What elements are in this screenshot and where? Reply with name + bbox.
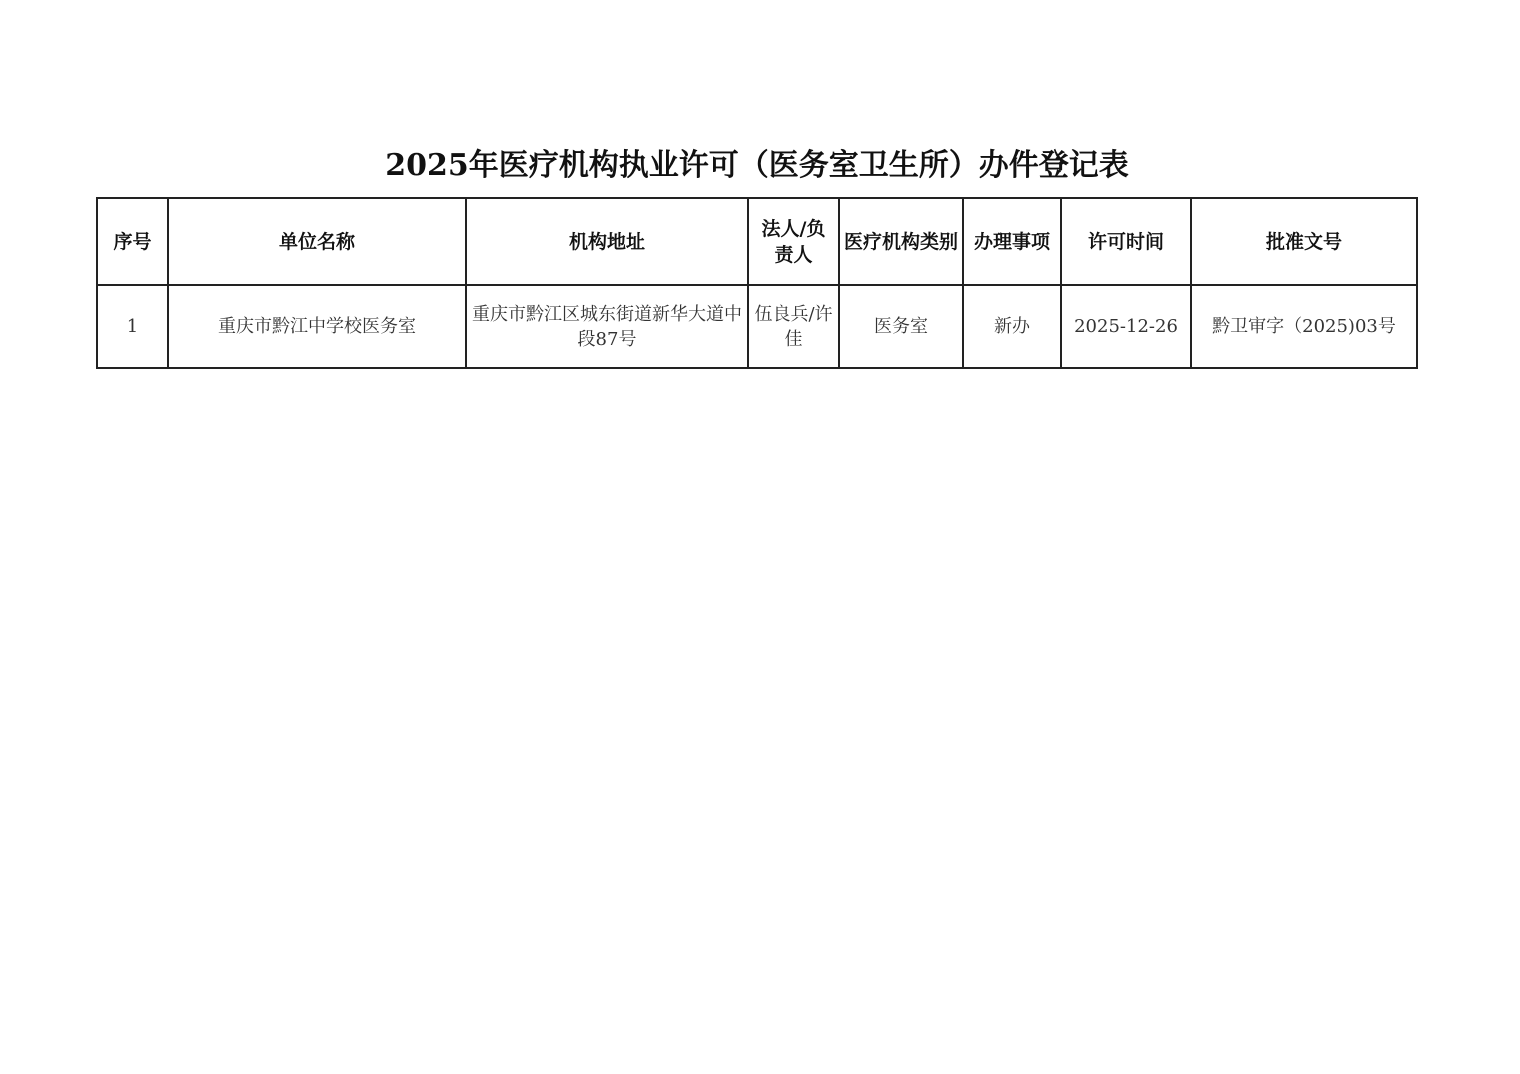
registration-table: 序号 单位名称 机构地址 法人/负责人 医疗机构类别 办理事项 许可时间 批准文… (96, 197, 1418, 369)
cell-legal-person: 伍良兵/许佳 (748, 285, 839, 368)
document-title: 2025年医疗机构执业许可（医务室卫生所）办件登记表 (0, 142, 1514, 190)
cell-institution-type: 医务室 (839, 285, 963, 368)
cell-license-date: 2025-12-26 (1061, 285, 1191, 368)
cell-institution-address: 重庆市黔江区城东街道新华大道中段87号 (466, 285, 748, 368)
header-institution-type: 医疗机构类别 (839, 198, 963, 285)
cell-unit-name: 重庆市黔江中学校医务室 (168, 285, 466, 368)
cell-serial-number: 1 (97, 285, 168, 368)
header-institution-address: 机构地址 (466, 198, 748, 285)
header-license-date: 许可时间 (1061, 198, 1191, 285)
table-row: 1 重庆市黔江中学校医务室 重庆市黔江区城东街道新华大道中段87号 伍良兵/许佳… (97, 285, 1417, 368)
header-matter: 办理事项 (963, 198, 1061, 285)
cell-matter: 新办 (963, 285, 1061, 368)
header-unit-name: 单位名称 (168, 198, 466, 285)
header-approval-number: 批准文号 (1191, 198, 1417, 285)
table-header-row: 序号 单位名称 机构地址 法人/负责人 医疗机构类别 办理事项 许可时间 批准文… (97, 198, 1417, 285)
header-serial-number: 序号 (97, 198, 168, 285)
header-legal-person: 法人/负责人 (748, 198, 839, 285)
cell-approval-number: 黔卫审字（2025)03号 (1191, 285, 1417, 368)
